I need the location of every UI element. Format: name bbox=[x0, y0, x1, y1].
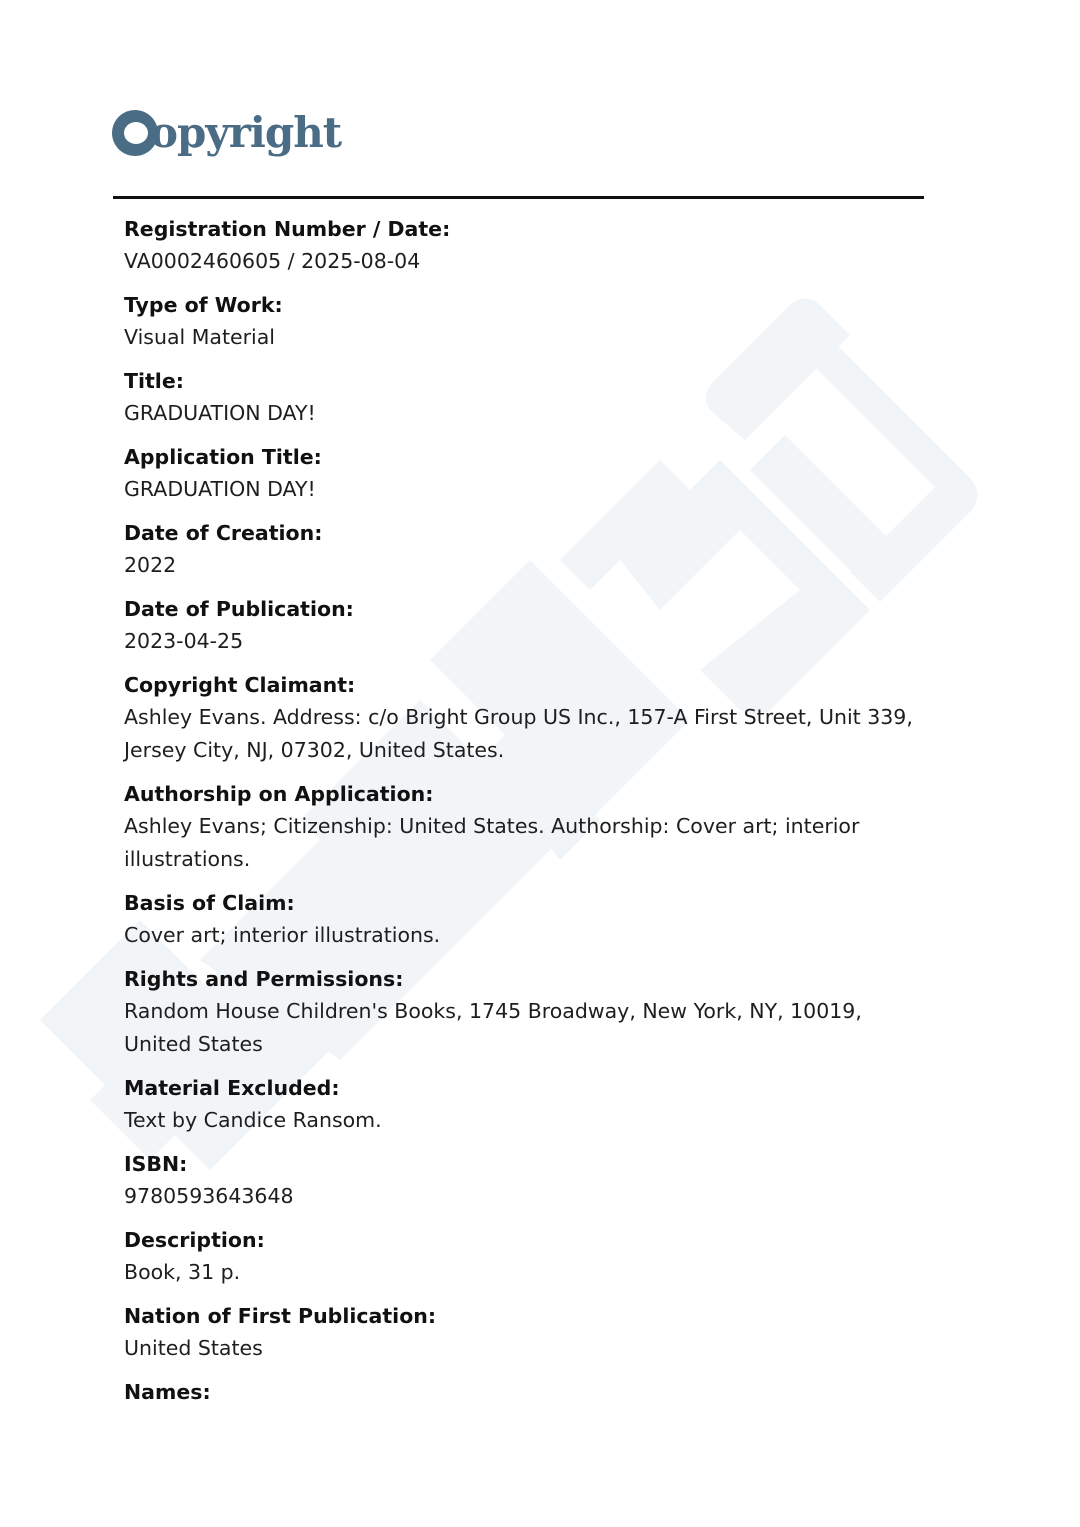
field-value: Text by Candice Ransom. bbox=[124, 1104, 924, 1137]
field-date-of-creation: Date of Creation: 2022 bbox=[124, 517, 924, 582]
copyright-logo: opyright bbox=[112, 110, 341, 156]
field-label: Names: bbox=[124, 1376, 924, 1408]
field-label: Description: bbox=[124, 1224, 924, 1256]
field-label: ISBN: bbox=[124, 1148, 924, 1180]
field-label: Application Title: bbox=[124, 441, 924, 473]
field-material-excluded: Material Excluded: Text by Candice Ranso… bbox=[124, 1072, 924, 1137]
field-label: Title: bbox=[124, 365, 924, 397]
field-value: Ashley Evans. Address: c/o Bright Group … bbox=[124, 701, 924, 767]
field-label: Basis of Claim: bbox=[124, 887, 924, 919]
field-value: Visual Material bbox=[124, 321, 924, 354]
field-value: VA0002460605 / 2025-08-04 bbox=[124, 245, 924, 278]
field-label: Registration Number / Date: bbox=[124, 213, 924, 245]
record-fields: Registration Number / Date: VA0002460605… bbox=[124, 213, 924, 1419]
field-date-of-publication: Date of Publication: 2023-04-25 bbox=[124, 593, 924, 658]
field-registration: Registration Number / Date: VA0002460605… bbox=[124, 213, 924, 278]
field-label: Authorship on Application: bbox=[124, 778, 924, 810]
field-basis-of-claim: Basis of Claim: Cover art; interior illu… bbox=[124, 887, 924, 952]
field-value: Cover art; interior illustrations. bbox=[124, 919, 924, 952]
field-authorship: Authorship on Application: Ashley Evans;… bbox=[124, 778, 924, 876]
field-value: United States bbox=[124, 1332, 924, 1365]
field-type-of-work: Type of Work: Visual Material bbox=[124, 289, 924, 354]
field-copyright-claimant: Copyright Claimant: Ashley Evans. Addres… bbox=[124, 669, 924, 767]
field-label: Copyright Claimant: bbox=[124, 669, 924, 701]
field-value: 2022 bbox=[124, 549, 924, 582]
field-rights-and-permissions: Rights and Permissions: Random House Chi… bbox=[124, 963, 924, 1061]
field-value: GRADUATION DAY! bbox=[124, 473, 924, 506]
field-value: 9780593643648 bbox=[124, 1180, 924, 1213]
header-divider bbox=[113, 196, 924, 199]
field-label: Rights and Permissions: bbox=[124, 963, 924, 995]
field-title: Title: GRADUATION DAY! bbox=[124, 365, 924, 430]
field-value: GRADUATION DAY! bbox=[124, 397, 924, 430]
field-names: Names: bbox=[124, 1376, 924, 1408]
field-description: Description: Book, 31 p. bbox=[124, 1224, 924, 1289]
field-label: Type of Work: bbox=[124, 289, 924, 321]
field-label: Date of Creation: bbox=[124, 517, 924, 549]
field-label: Nation of First Publication: bbox=[124, 1300, 924, 1332]
field-application-title: Application Title: GRADUATION DAY! bbox=[124, 441, 924, 506]
field-value: Random House Children's Books, 1745 Broa… bbox=[124, 995, 924, 1061]
field-nation-of-first-publication: Nation of First Publication: United Stat… bbox=[124, 1300, 924, 1365]
field-value: 2023-04-25 bbox=[124, 625, 924, 658]
field-value: Book, 31 p. bbox=[124, 1256, 924, 1289]
field-label: Date of Publication: bbox=[124, 593, 924, 625]
field-label: Material Excluded: bbox=[124, 1072, 924, 1104]
logo-text: opyright bbox=[150, 112, 341, 154]
field-isbn: ISBN: 9780593643648 bbox=[124, 1148, 924, 1213]
field-value: Ashley Evans; Citizenship: United States… bbox=[124, 810, 924, 876]
